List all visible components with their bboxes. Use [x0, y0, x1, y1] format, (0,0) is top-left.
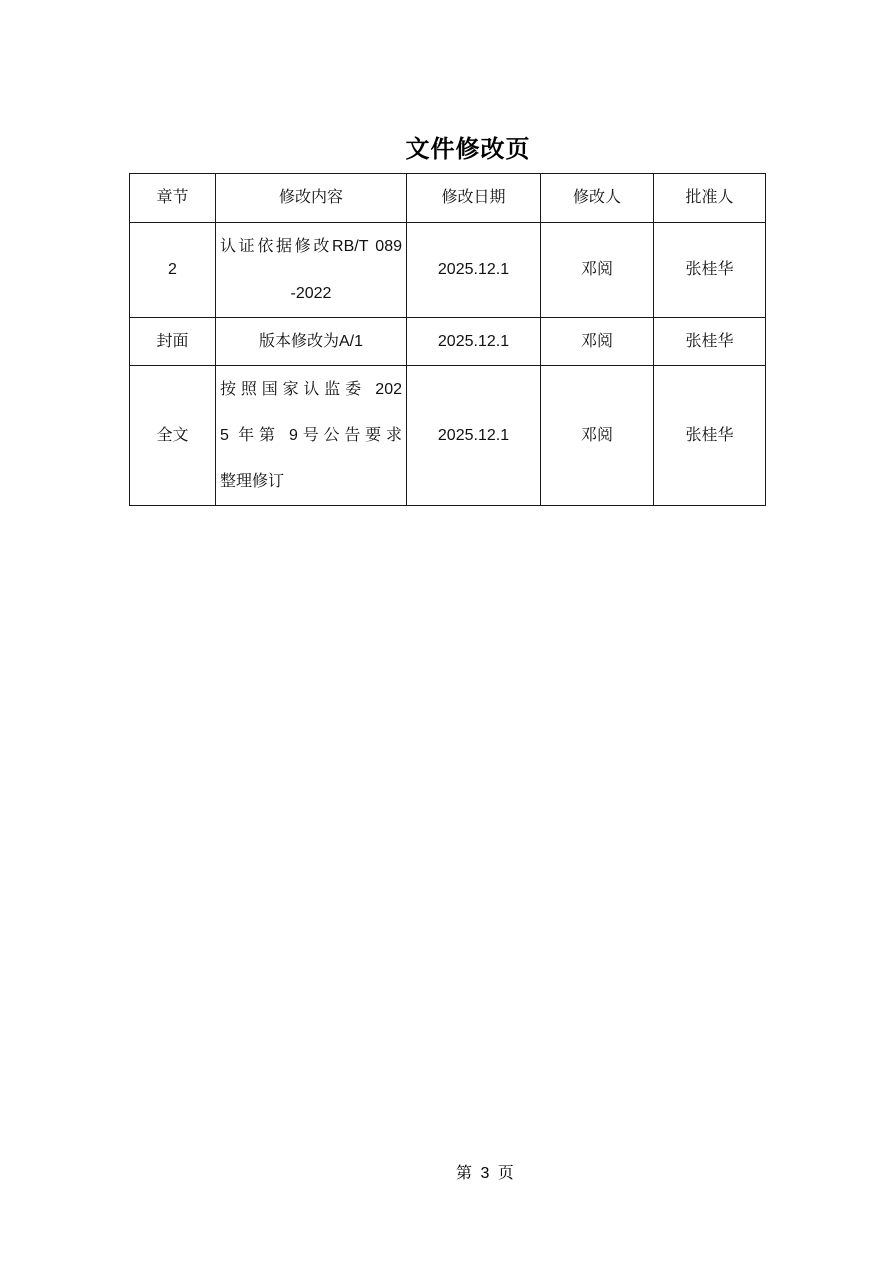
cell-section: 2 — [130, 223, 216, 318]
header-content: 修改内容 — [216, 174, 407, 223]
cell-date: 2025.12.1 — [407, 318, 541, 366]
page-title: 文件修改页 — [0, 136, 892, 164]
content-line: 5 年第 9号公告要求 — [220, 413, 402, 459]
header-approver: 批准人 — [654, 174, 766, 223]
modification-table: 章节 修改内容 修改日期 修改人 批准人 2 认证依据修改RB/T 089 -2… — [129, 173, 766, 506]
cell-content: 版本修改为A/1 — [216, 318, 407, 366]
cell-approver: 张桂华 — [654, 318, 766, 366]
content-line: 按照国家认监委 202 — [220, 367, 402, 413]
content-line: -2022 — [220, 270, 402, 317]
cell-section: 封面 — [130, 318, 216, 366]
content-line: 整理修订 — [220, 459, 402, 505]
cell-date: 2025.12.1 — [407, 223, 541, 318]
cell-modifier: 邓阅 — [541, 318, 654, 366]
cell-content: 按照国家认监委 202 5 年第 9号公告要求 整理修订 — [216, 366, 407, 506]
table-header-row: 章节 修改内容 修改日期 修改人 批准人 — [130, 174, 766, 223]
cell-approver: 张桂华 — [654, 223, 766, 318]
table-row: 封面 版本修改为A/1 2025.12.1 邓阅 张桂华 — [130, 318, 766, 366]
content-line: 认证依据修改RB/T 089 — [220, 223, 402, 270]
cell-date: 2025.12.1 — [407, 366, 541, 506]
header-date: 修改日期 — [407, 174, 541, 223]
content-line: 版本修改为A/1 — [220, 331, 402, 353]
cell-section: 全文 — [130, 366, 216, 506]
cell-modifier: 邓阅 — [541, 366, 654, 506]
cell-modifier: 邓阅 — [541, 223, 654, 318]
header-modifier: 修改人 — [541, 174, 654, 223]
header-section: 章节 — [130, 174, 216, 223]
cell-content: 认证依据修改RB/T 089 -2022 — [216, 223, 407, 318]
table-row: 2 认证依据修改RB/T 089 -2022 2025.12.1 邓阅 张桂华 — [130, 223, 766, 318]
page-number: 第 3 页 — [456, 1163, 514, 1185]
cell-approver: 张桂华 — [654, 366, 766, 506]
table-row: 全文 按照国家认监委 202 5 年第 9号公告要求 整理修订 2025.12.… — [130, 366, 766, 506]
